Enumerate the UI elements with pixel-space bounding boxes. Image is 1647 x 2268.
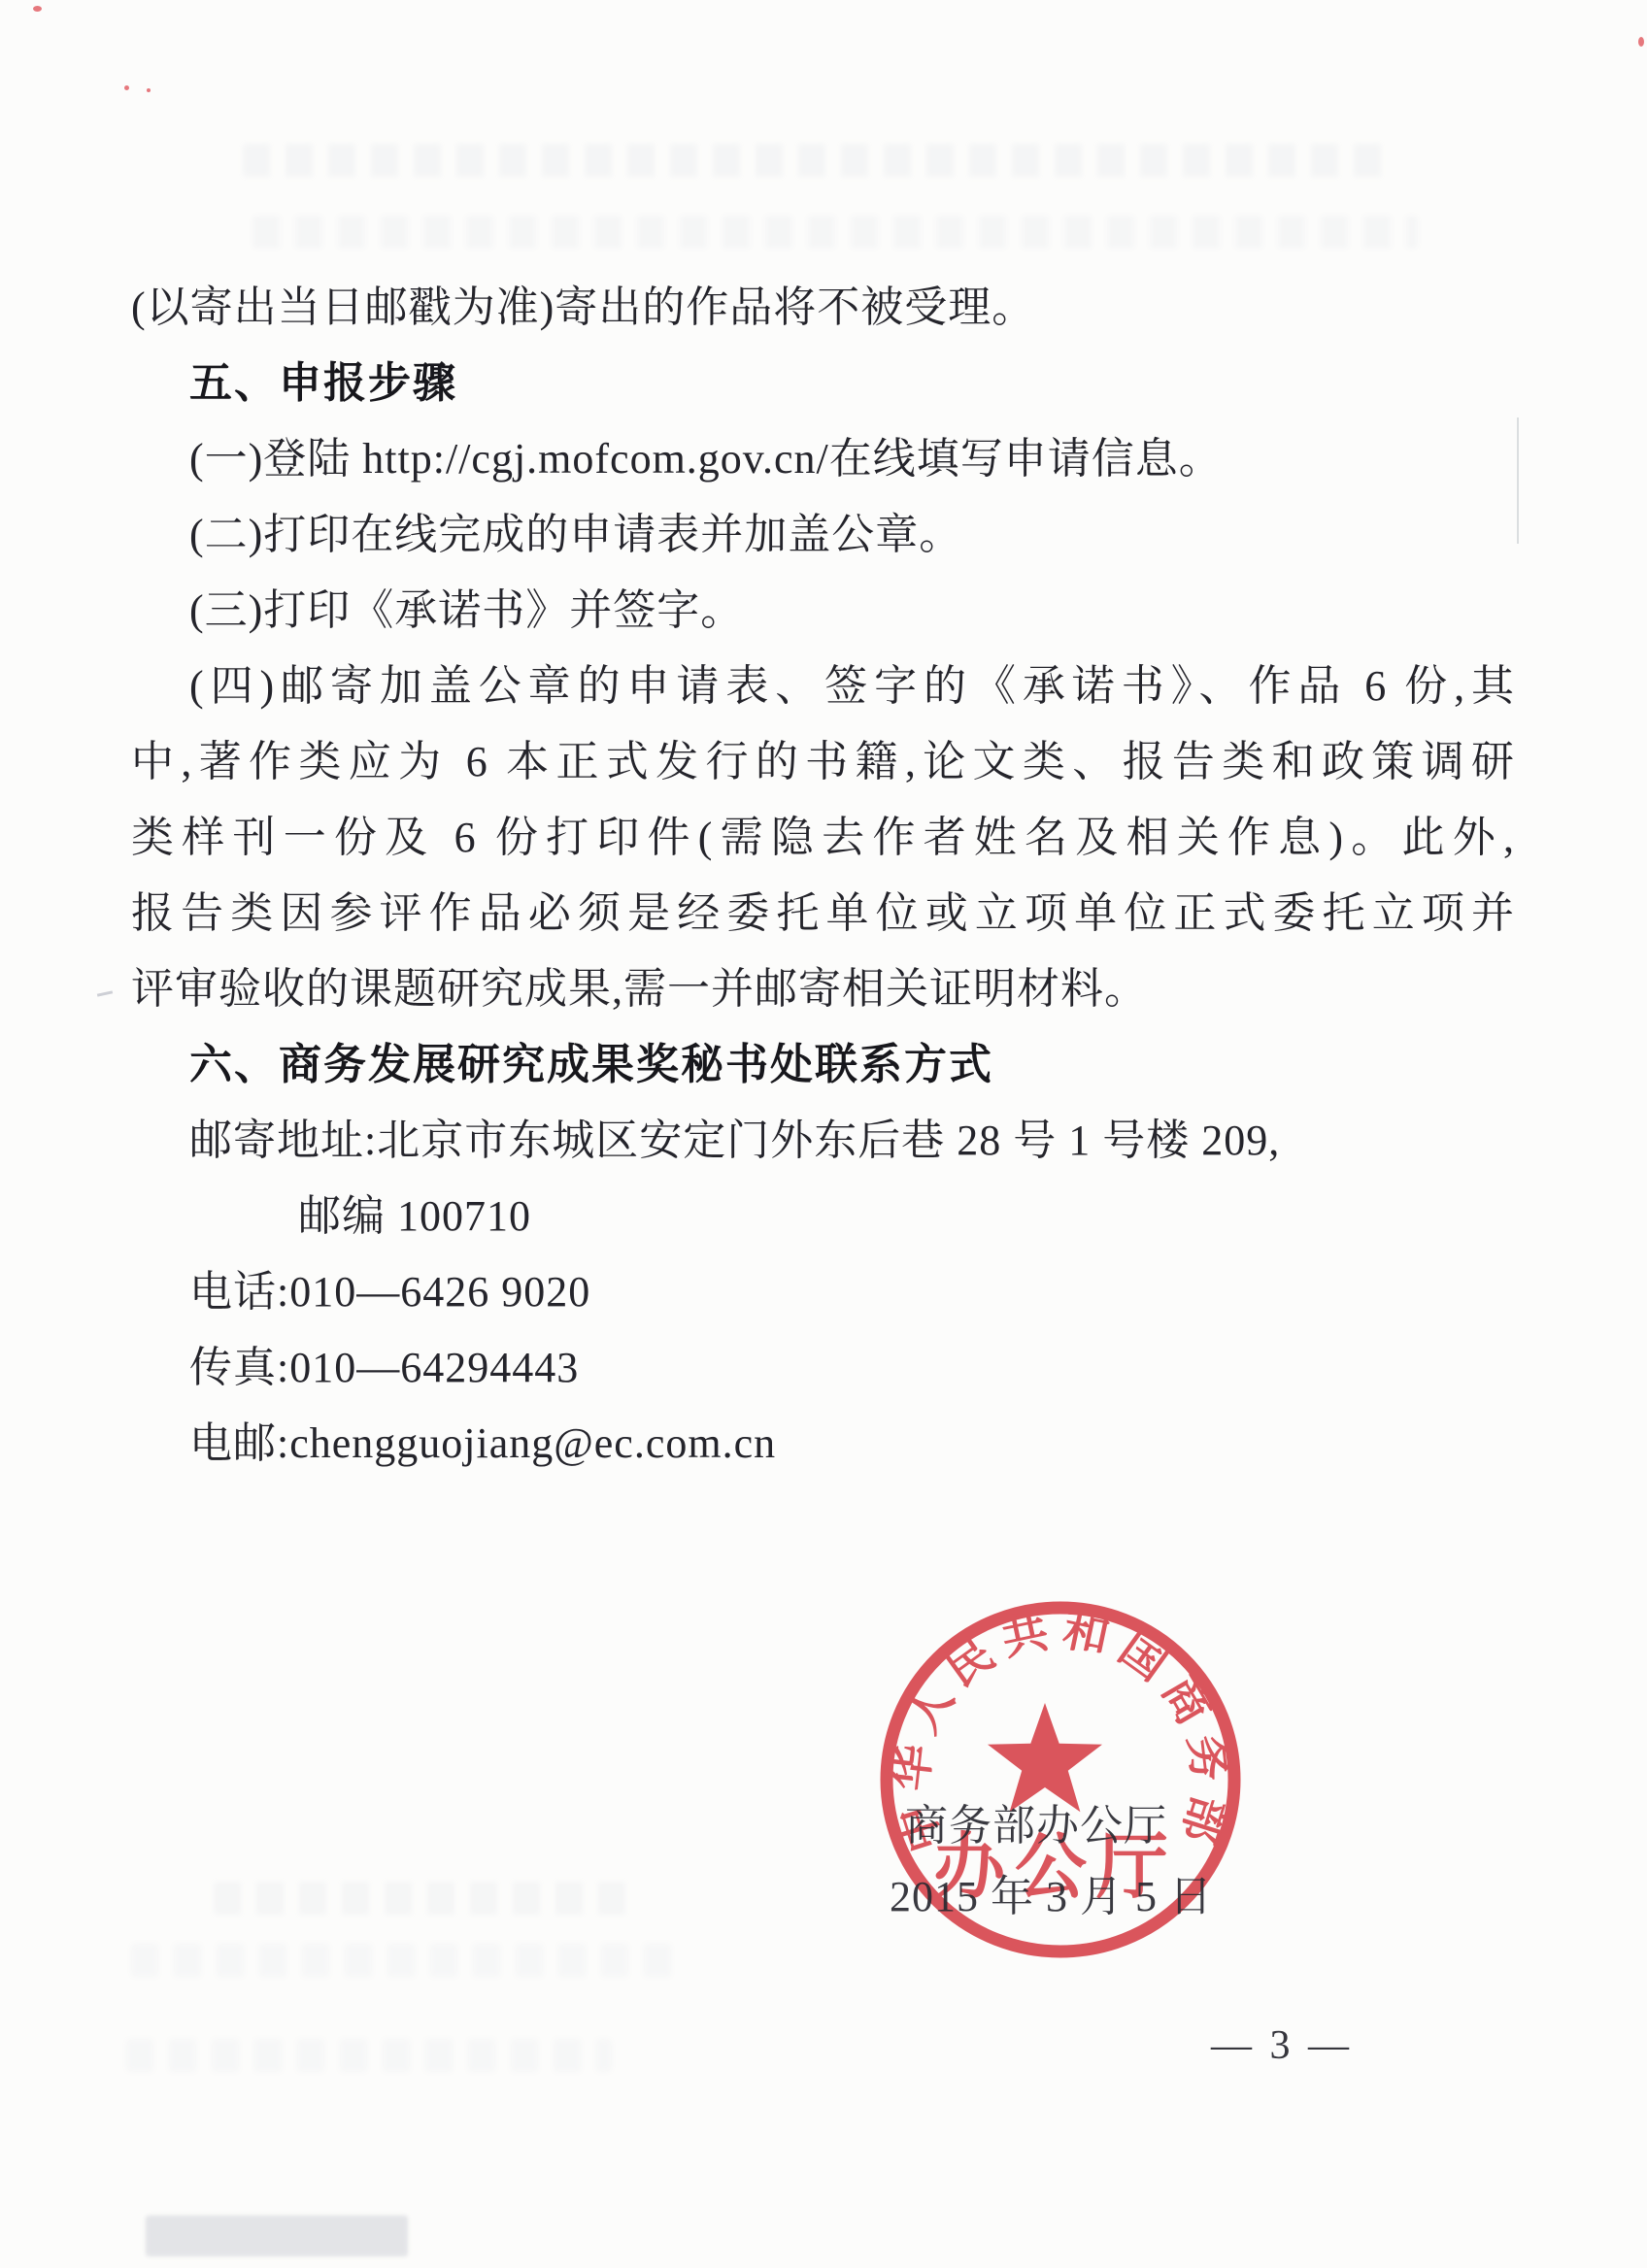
fax-line: 传真:010—64294443 xyxy=(131,1330,1515,1406)
red-speck xyxy=(147,88,151,92)
section-heading-5: 五、申报步骤 xyxy=(131,346,1515,421)
email-line: 电邮:chengguojiang@ec.com.cn xyxy=(131,1406,1515,1482)
section-heading-6: 六、商务发展研究成果奖秘书处联系方式 xyxy=(131,1027,1515,1103)
scan-mark xyxy=(97,990,113,996)
scanned-document-page: (以寄出当日邮戳为准)寄出的作品将不被受理。 五、申报步骤 (一)登陆 http… xyxy=(0,0,1647,2268)
paragraph-line: 报告类因参评作品必须是经委托单位或立项单位正式委托立项并 xyxy=(131,876,1515,951)
scan-smudge xyxy=(146,2216,408,2256)
step-1-line: (一)登陆 http://cgj.mofcom.gov.cn/在线填写申请信息。 xyxy=(131,421,1515,497)
paragraph-line: (以寄出当日邮戳为准)寄出的作品将不被受理。 xyxy=(131,270,1515,346)
paragraph-line: 中,著作类应为 6 本正式发行的书籍,论文类、报告类和政策调研 xyxy=(131,724,1515,800)
bleed-through-artifact xyxy=(214,1882,631,1915)
step-3-line: (三)打印《承诺书》并签字。 xyxy=(131,573,1515,649)
page-number: — 3 — xyxy=(1190,2022,1374,2069)
scan-streak xyxy=(1517,417,1519,544)
paragraph-line: 类样刊一份及 6 份打印件(需隐去作者姓名及相关作息)。此外, xyxy=(131,800,1515,876)
step-4-line: (四)邮寄加盖公章的申请表、签字的《承诺书》、作品 6 份,其 xyxy=(131,649,1515,724)
bleed-through-artifact xyxy=(126,2039,612,2072)
signature-date: 2015 年 3 月 5 日 xyxy=(890,1861,1213,1923)
postal-code-line: 邮编 100710 xyxy=(131,1179,1515,1254)
bleed-through-artifact xyxy=(252,216,1418,249)
step-2-line: (二)打印在线完成的申请表并加盖公章。 xyxy=(131,497,1515,573)
red-speck xyxy=(1638,37,1644,47)
paragraph-line: 评审验收的课题研究成果,需一并邮寄相关证明材料。 xyxy=(131,951,1515,1027)
mailing-address-line: 邮寄地址:北京市东城区安定门外东后巷 28 号 1 号楼 209, xyxy=(131,1103,1515,1179)
phone-line: 电话:010—6426 9020 xyxy=(131,1254,1515,1330)
bleed-through-artifact xyxy=(243,144,1389,177)
signature-organization: 商务部办公厅 xyxy=(905,1790,1167,1852)
red-speck xyxy=(124,85,129,90)
red-speck xyxy=(33,6,42,12)
bleed-through-artifact xyxy=(131,1944,675,1977)
document-body: (以寄出当日邮戳为准)寄出的作品将不被受理。 五、申报步骤 (一)登陆 http… xyxy=(131,270,1515,1482)
